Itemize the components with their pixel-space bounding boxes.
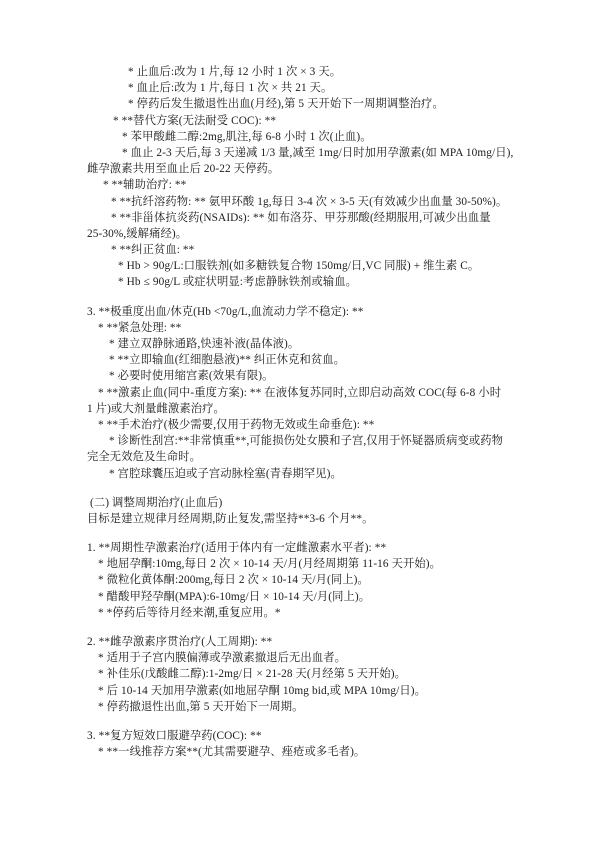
- text-line: 2. **雌孕激素序贯治疗(人工周期): **: [0, 634, 595, 650]
- text-line: * **一线推荐方案**(尤其需要避孕、痤疮或多毛者)。: [0, 744, 595, 760]
- paragraph-block-cyclic-progestogen-therapy: 1. **周期性孕激素治疗(适用于体内有一定雌激素水平者): *** 地屈孕酮:…: [0, 540, 595, 621]
- paragraph-block-combined-oral-contraceptive: 3. **复方短效口服避孕药(COC): *** **一线推荐方案**(尤其需要…: [0, 728, 595, 760]
- text-line: 1. **周期性孕激素治疗(适用于体内有一定雌激素水平者): **: [0, 540, 595, 556]
- document-content: * 止血后:改为 1 片,每 12 小时 1 次 × 3 天。* 血止后:改为 …: [0, 64, 595, 773]
- text-line: 目标是建立规律月经周期,防止复发,需坚持**3-6 个月**。: [0, 511, 595, 527]
- text-line: * **紧急处理: **: [0, 320, 595, 336]
- text-line: * 止血后:改为 1 片,每 12 小时 1 次 × 3 天。: [0, 64, 595, 80]
- text-line: 完全无效危及生命时。: [0, 449, 595, 465]
- paragraph-block-coc-taper-and-adjunct-therapy: * 止血后:改为 1 片,每 12 小时 1 次 × 3 天。* 血止后:改为 …: [0, 64, 595, 291]
- text-line: * **抗纤溶药物: ** 氨甲环酸 1g,每日 3-4 次 × 3-5 天(有…: [0, 194, 595, 210]
- text-line: * *停药后等待月经来潮,重复应用。*: [0, 605, 595, 621]
- text-line: * **非甾体抗炎药(NSAIDs): ** 如布洛芬、甲芬那酸(经期服用,可减…: [0, 210, 595, 226]
- paragraph-block-severe-bleeding-shock: 3. **极重度出血/休克(Hb <70g/L,血流动力学不稳定): *** *…: [0, 304, 595, 482]
- text-line: * 必要时使用缩宫素(效果有限)。: [0, 368, 595, 384]
- text-line: * 建立双静脉通路,快速补液(晶体液)。: [0, 336, 595, 352]
- text-line: * 苯甲酸雌二醇:2mg,肌注,每 6-8 小时 1 次(止血)。: [0, 129, 595, 145]
- text-line: * **辅助治疗: **: [0, 177, 595, 193]
- text-line: * **纠正贫血: **: [0, 242, 595, 258]
- text-line: 3. **极重度出血/休克(Hb <70g/L,血流动力学不稳定): **: [0, 304, 595, 320]
- text-line: * 补佳乐(戊酸雌二醇):1-2mg/日 × 21-28 天(月经第 5 天开始…: [0, 666, 595, 682]
- text-line: * 微粒化黄体酮:200mg,每日 2 次 × 10-14 天/月(同上)。: [0, 572, 595, 588]
- text-line: (二) 调整周期治疗(止血后): [0, 495, 595, 511]
- text-line: * 后 10-14 天加用孕激素(如地屈孕酮 10mg bid,或 MPA 10…: [0, 683, 595, 699]
- text-line: * **替代方案(无法耐受 COC): **: [0, 113, 595, 129]
- paragraph-block-cycle-regulation-heading: (二) 调整周期治疗(止血后)目标是建立规律月经周期,防止复发,需坚持**3-6…: [0, 495, 595, 527]
- text-line: * Hb ≤ 90g/L 或症状明显:考虑静脉铁剂或输血。: [0, 274, 595, 290]
- text-line: * 适用于子宫内膜偏薄或孕激素撤退后无出血者。: [0, 650, 595, 666]
- text-line: * **激素止血(同中-重度方案): ** 在液体复苏同时,立即启动高效 COC…: [0, 385, 595, 401]
- text-line: * 醋酸甲羟孕酮(MPA):6-10mg/日 × 10-14 天/月(同上)。: [0, 589, 595, 605]
- paragraph-block-estrogen-progestogen-sequential-therapy: 2. **雌孕激素序贯治疗(人工周期): *** 适用于子宫内膜偏薄或孕激素撤退…: [0, 634, 595, 715]
- text-line: * **立即输血(红细胞悬液)** 纠正休克和贫血。: [0, 352, 595, 368]
- text-line: * 宫腔球囊压迫或子宫动脉栓塞(青春期罕见)。: [0, 466, 595, 482]
- text-line: * 血止后:改为 1 片,每日 1 次 × 共 21 天。: [0, 80, 595, 96]
- text-line: * 地屈孕酮:10mg,每日 2 次 × 10-14 天/月(月经周期第 11-…: [0, 556, 595, 572]
- text-line: * 停药撤退性出血,第 5 天开始下一周期。: [0, 699, 595, 715]
- text-line: * **手术治疗(极少需要,仅用于药物无效或生命垂危): **: [0, 417, 595, 433]
- text-line: * Hb > 90g/L:口服铁剂(如多糖铁复合物 150mg/日,VC 同服)…: [0, 258, 595, 274]
- text-line: * 血止 2-3 天后,每 3 天递减 1/3 量,减至 1mg/日时加用孕激素…: [0, 145, 595, 161]
- text-line: 3. **复方短效口服避孕药(COC): **: [0, 728, 595, 744]
- text-line: 1 片)或大剂量雌激素治疗。: [0, 401, 595, 417]
- text-line: 雌孕激素共用至血止后 20-22 天停药。: [0, 161, 595, 177]
- text-line: * 诊断性刮宫:**非常慎重**,可能损伤处女膜和子宫,仅用于怀疑器质病变或药物: [0, 433, 595, 449]
- document-page: * 止血后:改为 1 片,每 12 小时 1 次 × 3 天。* 血止后:改为 …: [0, 0, 595, 841]
- text-line: * 停药后发生撤退性出血(月经),第 5 天开始下一周期调整治疗。: [0, 96, 595, 112]
- text-line: 25-30%,缓解痛经)。: [0, 226, 595, 242]
